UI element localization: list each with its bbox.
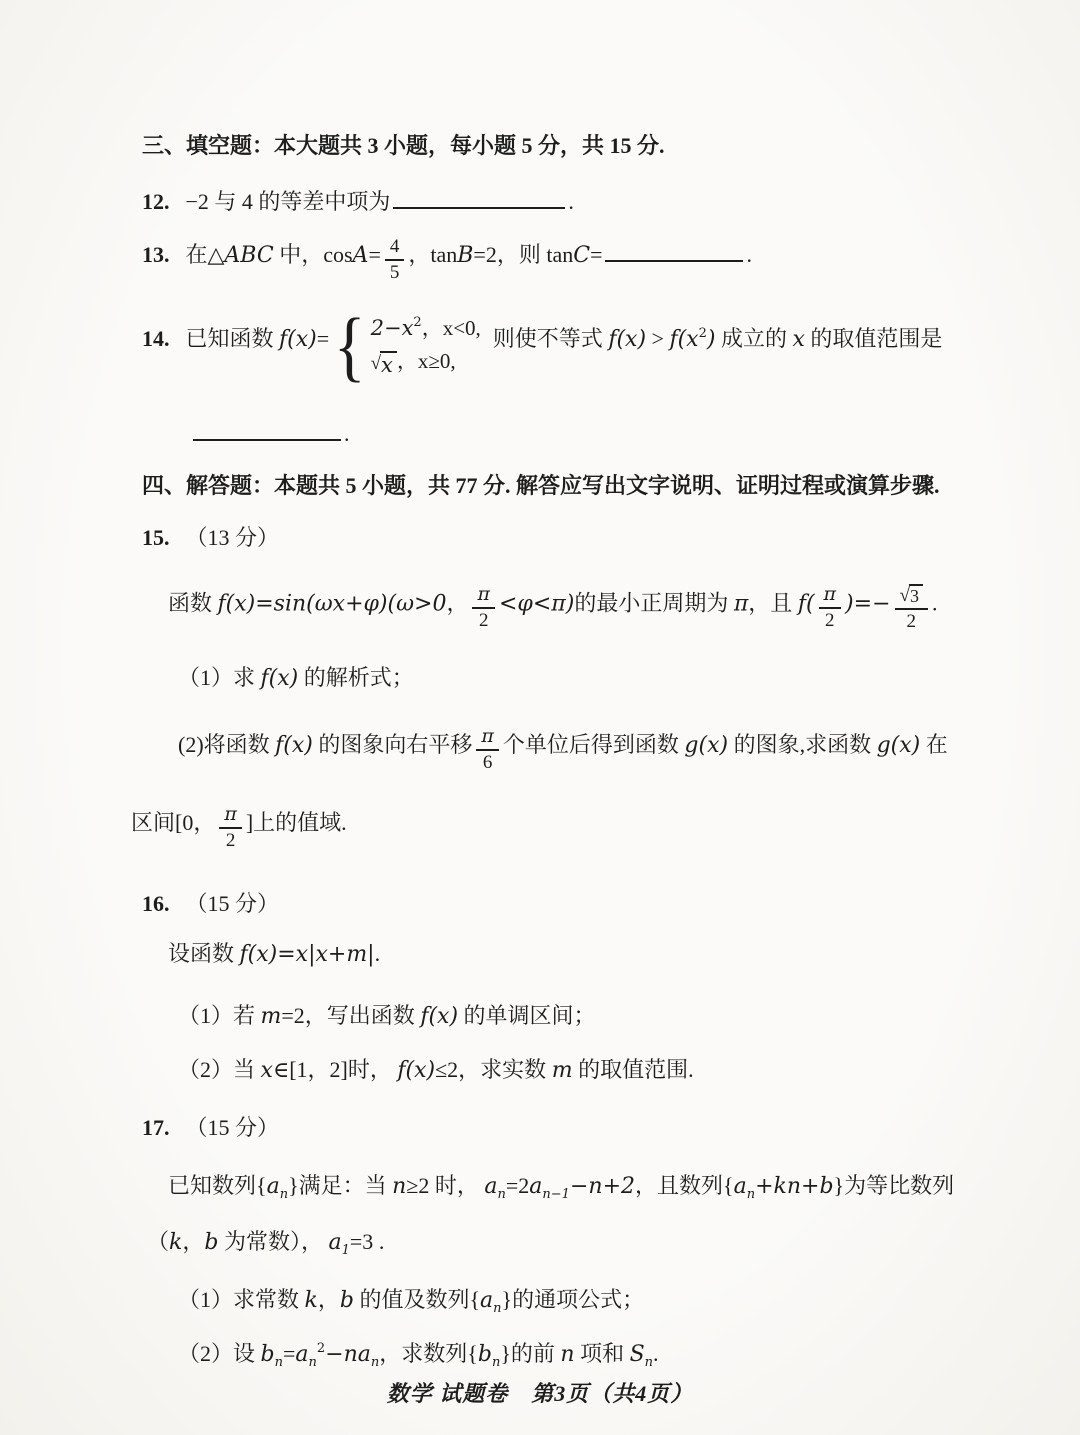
subscript: n — [747, 1187, 755, 1202]
math-token: π — [734, 591, 748, 616]
subscript: n — [493, 1301, 501, 1316]
subscript: n−1 — [542, 1187, 570, 1202]
score-label: （15 分） — [186, 891, 280, 916]
text-token: 设函数 — [168, 941, 240, 966]
text-token: ]上的值域. — [246, 810, 347, 835]
fraction-denominator: 2 — [906, 610, 916, 633]
question-12: 12.−2 与 4 的等差中项为. — [142, 188, 574, 216]
math-token: +kn+b — [755, 1174, 833, 1199]
text-token: 区间[0， — [131, 810, 215, 835]
text-token: 函数 — [168, 590, 218, 615]
math-token: f( — [798, 591, 815, 616]
math-token: b — [478, 1342, 492, 1367]
subscript: n — [280, 1187, 288, 1202]
piecewise-rows: 2−x2，x<0,√x，x≥0, — [371, 315, 481, 376]
text-token: ，求数列{ — [379, 1341, 478, 1366]
piecewise-row-2: √x，x≥0, — [371, 348, 481, 377]
text-token: 在△ — [186, 242, 225, 267]
text-token: }的通项公式； — [502, 1287, 645, 1312]
question-number: 15. — [142, 525, 170, 550]
text-token: = — [368, 242, 380, 267]
text-token: ，且 — [748, 590, 798, 615]
text-token: ， — [318, 1287, 340, 1312]
math-token: k — [169, 1230, 182, 1255]
math-token: f(x) — [397, 1058, 435, 1083]
section-3-heading: 三、填空题：本大题共 3 小题，每小题 5 分，共 15 分. — [142, 132, 665, 160]
piecewise-function: {2−x2，x<0,√x，x≥0, — [331, 314, 481, 378]
period: . — [932, 590, 938, 615]
fraction-denominator: 2 — [825, 609, 835, 632]
math-token: a — [734, 1174, 747, 1199]
score-label: （15 分） — [186, 1115, 280, 1140]
math-token: <φ<π) — [499, 591, 574, 616]
text-token: 的值及数列{ — [354, 1287, 480, 1312]
text-token: 在 — [920, 732, 948, 757]
fraction-numerator: √3 — [895, 584, 928, 610]
question-number: 17. — [142, 1115, 170, 1140]
text-token: 的图象,求函数 — [728, 732, 877, 757]
text-token: > — [646, 326, 669, 351]
math-token: m — [261, 1004, 282, 1029]
text-token: = — [283, 1341, 295, 1366]
text-token: 的最小正周期为 — [574, 590, 734, 615]
math-token: x — [792, 327, 804, 352]
math-token: )=− — [845, 591, 890, 616]
question-15-header: 15.（13 分） — [142, 524, 279, 552]
superscript: 2 — [699, 326, 707, 341]
period: . — [568, 189, 574, 214]
question-15-item-1: （1）求 f(x) 的解析式； — [178, 664, 414, 693]
math-token: b — [204, 1230, 218, 1255]
question-17-formula-continued: （k，b 为常数）， a1=3 . — [147, 1228, 384, 1259]
text-token: ，tan — [408, 242, 457, 267]
math-token: x — [381, 353, 393, 377]
question-16-formula: 设函数 f(x)=x|x+m|. — [168, 940, 380, 969]
question-15-formula: 函数 f(x)=sin(ωx+φ)(ω>0，π2<φ<π)的最小正周期为 π，且… — [168, 586, 937, 635]
math-token: −n+2 — [570, 1174, 635, 1199]
text-token: 的取值范围. — [573, 1057, 694, 1082]
question-17-item-2: （2）设 bn=an2−nan，求数列{bn}的前 n 项和 Sn. — [178, 1340, 659, 1371]
piecewise-brace: { — [334, 314, 366, 378]
radical-sign: √ — [900, 585, 910, 607]
text-token: }为等比数列 — [834, 1173, 955, 1198]
question-16-header: 16.（15 分） — [142, 890, 279, 918]
score-label: （13 分） — [186, 525, 280, 550]
text-token: 则使不等式 — [493, 326, 609, 351]
math-token: n — [560, 1342, 574, 1367]
radicand: 3 — [909, 584, 923, 607]
text-token: （ — [147, 1229, 169, 1254]
math-token: f(x) — [608, 327, 646, 352]
math-token: B — [457, 243, 473, 268]
subscript: 1 — [342, 1243, 350, 1258]
math-token: f(x)=x|x+m| — [240, 942, 375, 967]
text-token: 项和 — [575, 1341, 630, 1366]
superscript: 2 — [413, 315, 421, 330]
fraction-denominator: 2 — [479, 609, 489, 632]
math-token: a — [480, 1288, 493, 1313]
radical-sign: √ — [371, 352, 381, 376]
text-token: （2）设 — [178, 1341, 261, 1366]
math-token: C — [573, 243, 590, 268]
fraction-numerator: π — [819, 584, 842, 609]
subscript: n — [645, 1355, 653, 1370]
question-number: 14. — [142, 326, 170, 351]
text-token: }满足：当 — [288, 1173, 392, 1198]
text-token: ， — [182, 1229, 204, 1254]
text-token: =2 — [506, 1173, 529, 1198]
math-token: −n — [325, 1342, 358, 1367]
question-13: 13.在△ABC 中，cosA=45，tanB=2，则 tanC=. — [142, 238, 752, 286]
blank-underline — [193, 433, 341, 441]
text-token: （1）若 — [178, 1003, 261, 1028]
piecewise-row-1: 2−x2，x<0, — [371, 315, 481, 341]
text-token: (2)将函数 — [178, 732, 275, 757]
math-token: g(x) — [877, 733, 921, 758]
question-17-header: 17.（15 分） — [142, 1114, 279, 1142]
math-token: x — [261, 1058, 273, 1083]
text-token: （1）求常数 — [178, 1287, 305, 1312]
sqrt-3: √3 — [900, 584, 923, 607]
subscript: n — [498, 1187, 506, 1202]
question-14: 14.已知函数 f(x)={2−x2，x<0,√x，x≥0,则使不等式 f(x)… — [142, 314, 942, 378]
math-token: g(x) — [684, 733, 728, 758]
math-token: a — [358, 1342, 371, 1367]
text-token: 已知函数 — [186, 326, 280, 351]
text-token: ，x≥0, — [397, 349, 456, 373]
math-token: n — [392, 1174, 406, 1199]
text-token: （1）求 — [178, 665, 261, 690]
text-token: 成立的 — [715, 326, 792, 351]
blank-underline — [393, 201, 565, 209]
fraction-denominator: 5 — [390, 261, 400, 284]
question-number: 13. — [142, 242, 170, 267]
page-footer: 数学 试题卷 第3页（共4页） — [0, 1380, 1080, 1408]
text-token: −2 与 4 的等差中项为 — [186, 189, 391, 214]
text-token: = — [590, 242, 602, 267]
question-17-item-1: （1）求常数 k，b 的值及数列{an}的通项公式； — [178, 1286, 644, 1317]
fraction-pi-6: π6 — [476, 726, 499, 774]
question-15-item-2-continued: 区间[0，π2]上的值域. — [131, 806, 347, 854]
math-token: 2−x — [371, 316, 414, 340]
text-token: ，x<0, — [422, 316, 481, 340]
question-14-answer-blank: . — [190, 420, 350, 448]
text-token: 为常数）， — [218, 1229, 328, 1254]
text-token: = — [317, 326, 329, 351]
math-token: b — [261, 1342, 275, 1367]
period: . — [746, 242, 752, 267]
period: . — [344, 421, 350, 446]
math-token: a — [267, 1174, 280, 1199]
text-token: =3 — [350, 1229, 373, 1254]
period: . — [373, 1229, 384, 1254]
subscript: n — [275, 1355, 283, 1370]
math-token: f(x) — [275, 733, 313, 758]
math-token: f(x)=sin(ωx+φ)(ω>0 — [218, 591, 447, 616]
text-token: ∈[1，2]时， — [273, 1057, 397, 1082]
fraction-pi-2: π2 — [219, 804, 242, 852]
text-token: 个单位后得到函数 — [503, 732, 685, 757]
question-number: 16. — [142, 891, 170, 916]
exam-page: 三、填空题：本大题共 3 小题，每小题 5 分，共 15 分. 12.−2 与 … — [0, 0, 1080, 1435]
text-token: （2）当 — [178, 1057, 261, 1082]
text-token: 的解析式； — [298, 665, 414, 690]
question-number: 12. — [142, 189, 170, 214]
math-token: k — [305, 1288, 318, 1313]
math-token: a — [295, 1342, 308, 1367]
fraction-4-5: 45 — [385, 236, 405, 284]
math-token: b — [340, 1288, 354, 1313]
math-token: a — [484, 1174, 497, 1199]
math-token: S — [630, 1342, 645, 1367]
math-token: A — [353, 243, 369, 268]
math-token: f(x) — [279, 327, 317, 352]
question-16-item-2: （2）当 x∈[1，2]时， f(x)≤2，求实数 m 的取值范围. — [178, 1056, 694, 1085]
math-token: f(x — [669, 327, 698, 352]
radicand: x — [380, 351, 397, 377]
text-token: }的前 — [500, 1341, 560, 1366]
text-token: =2，写出函数 — [281, 1003, 420, 1028]
sqrt-x: √x — [371, 351, 397, 377]
math-token: m — [552, 1058, 573, 1083]
text-token: 已知数列{ — [168, 1173, 267, 1198]
section-4-heading: 四、解答题：本题共 5 小题，共 77 分. 解答应写出文字说明、证明过程或演算… — [142, 472, 940, 500]
fraction-denominator: 2 — [226, 829, 236, 852]
fraction-pi-2: π2 — [472, 584, 495, 632]
text-token: ， — [446, 590, 468, 615]
fraction-numerator: π — [476, 726, 499, 751]
period: . — [653, 1341, 659, 1366]
question-17-formula: 已知数列{an}满足：当 n≥2 时， an=2an−1−n+2，且数列{an+… — [168, 1172, 954, 1203]
text-token: 的图象向右平移 — [313, 732, 473, 757]
section-heading-text: 三、填空题：本大题共 3 小题，每小题 5 分，共 15 分. — [142, 133, 665, 158]
fraction-pi-2: π2 — [819, 584, 842, 632]
text-token: =2，则 tan — [473, 242, 573, 267]
text-token: ≥2 时， — [406, 1173, 484, 1198]
math-token: a — [529, 1174, 542, 1199]
period: . — [375, 941, 381, 966]
text-token: 中，cos — [274, 242, 353, 267]
fraction-numerator: π — [219, 804, 242, 829]
math-token: ABC — [224, 243, 273, 268]
superscript: 2 — [317, 1341, 325, 1356]
math-token: f(x) — [420, 1004, 458, 1029]
text-token: ，且数列{ — [635, 1173, 734, 1198]
math-token: a — [328, 1230, 341, 1255]
text-token: 的取值范围是 — [805, 326, 943, 351]
math-token: f(x) — [261, 666, 299, 691]
blank-underline — [605, 254, 743, 262]
fraction-denominator: 6 — [483, 751, 493, 774]
question-16-item-1: （1）若 m=2，写出函数 f(x) 的单调区间； — [178, 1002, 596, 1031]
fraction-numerator: π — [472, 584, 495, 609]
footer-text: 数学 试题卷 第3页（共4页） — [387, 1381, 694, 1406]
subscript: n — [309, 1355, 317, 1370]
fraction-sqrt3-2: √32 — [895, 584, 928, 633]
fraction-numerator: 4 — [385, 236, 405, 261]
section-heading-text: 四、解答题：本题共 5 小题，共 77 分. 解答应写出文字说明、证明过程或演算… — [142, 473, 940, 498]
text-token: 的单调区间； — [458, 1003, 596, 1028]
text-token: ≤2，求实数 — [435, 1057, 552, 1082]
question-15-item-2: (2)将函数 f(x) 的图象向右平移π6个单位后得到函数 g(x) 的图象,求… — [178, 728, 948, 776]
